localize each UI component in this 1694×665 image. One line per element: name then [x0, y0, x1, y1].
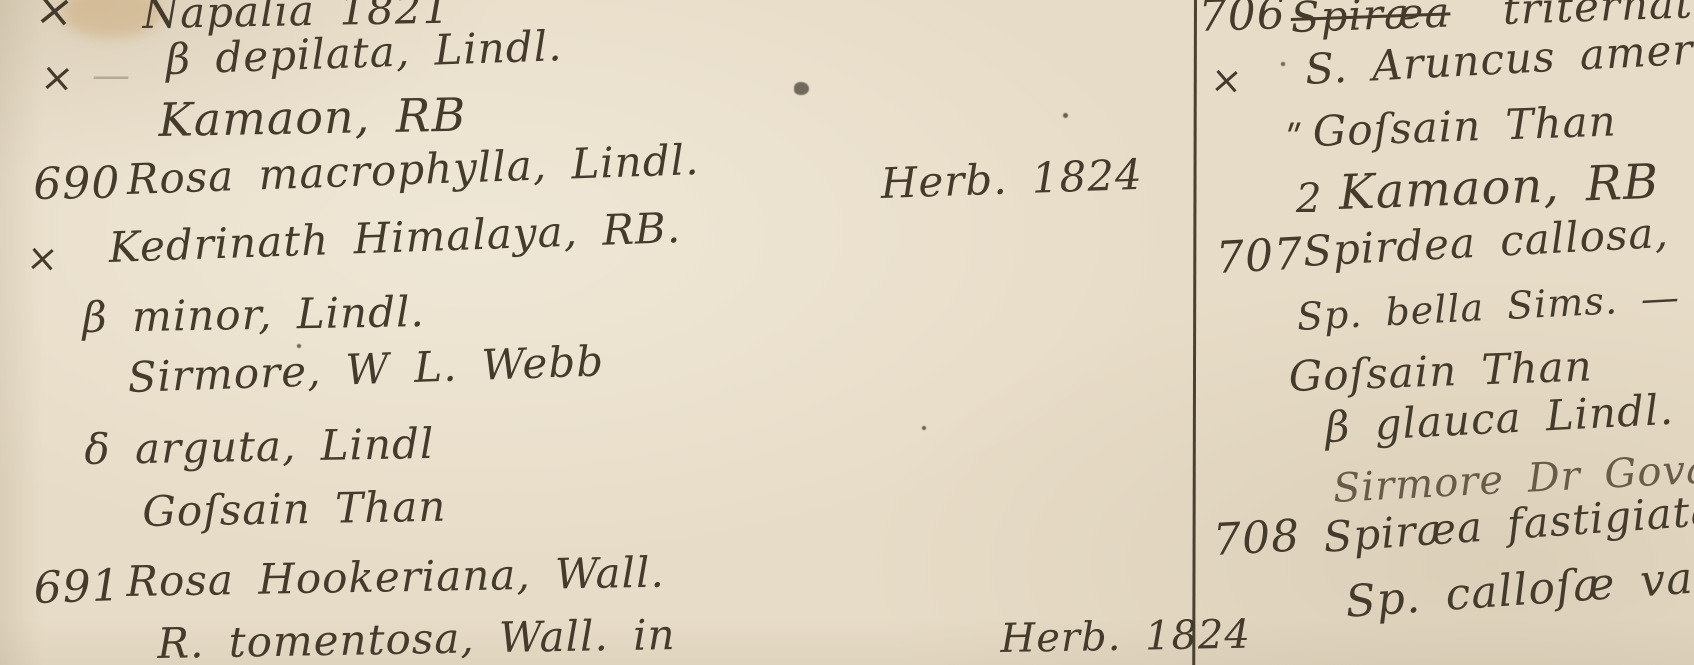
handwritten-line: Sp. calloſæ var [1344, 554, 1694, 626]
entry-number: 707 [1215, 231, 1304, 282]
handwritten-line: Sp. bella Sims. — Sp. [1296, 273, 1694, 338]
manuscript-scan: ×Napalia 1821×—β depilata, Lindl.Kamaon,… [0, 0, 1694, 665]
column-right: 706Spiræatriternata×S. Aruncus ameriʺGoſ… [0, 0, 1694, 665]
entry-number: 706 [1198, 0, 1287, 40]
ditto-mark: ʺ [1286, 122, 1304, 160]
handwritten-line: Spiræa [1290, 0, 1451, 40]
entry-number: 708 [1212, 513, 1301, 564]
locality-number: 2 [1296, 178, 1322, 220]
handwritten-line: Goſsain Than [1312, 99, 1617, 154]
x-annotation-mark: × [1209, 60, 1245, 102]
handwritten-line: Kamaon, RB [1338, 157, 1660, 219]
